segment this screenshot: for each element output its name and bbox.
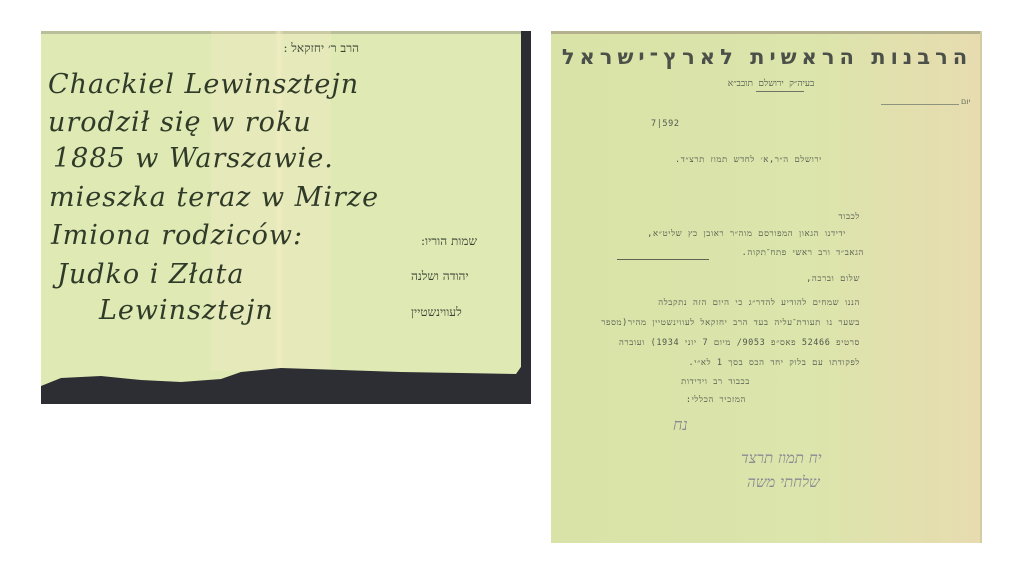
reference-number: 7|592 — [651, 119, 680, 129]
body-line-2: בשער נו תעודת־עליה בעד הרב יחזקאל לעווינ… — [601, 317, 860, 328]
typed-letter: הרבנות הראשית לארץ־ישראל בעיה״ק ירושלם ת… — [551, 31, 982, 543]
note-line-2: urodził się w roku — [48, 107, 312, 138]
date-label: יום — [961, 97, 970, 106]
subtitle-underline — [756, 91, 804, 92]
torn-bottom-edge — [41, 364, 531, 404]
note-line-3: 1885 w Warszawie. — [53, 143, 334, 174]
handwritten-note: הרב ר׳ יחזקאל : Chackiel Lewinsztejn uro… — [41, 31, 531, 404]
addressee-underline — [617, 259, 709, 260]
pencil-note-3: שלחתי משה — [747, 473, 820, 492]
note-line-7: Lewinsztejn — [99, 295, 274, 326]
scan-background-edge — [521, 31, 531, 404]
pencil-note-2: יח תמוז תרצד — [741, 449, 822, 468]
body-line-1: הננו שמחים להודיע להדר״ג כי היום הזה נתק… — [658, 297, 860, 308]
addressee-line-2: הגאב״ד ורב ראשי פתח־תקוה. — [742, 247, 864, 258]
hebrew-annotation-6: יהודה ושלנה — [411, 269, 469, 284]
salutation-label: לכבוד — [839, 211, 861, 222]
hebrew-annotation-5: שמות הוריו: — [421, 234, 477, 249]
date-line: ירושלם ה״ר,א׳ לחדש תמוז תרצ״ד. — [675, 154, 822, 165]
body-line-4: לפקודתו עם בלוק יחד הכס בסך 1 לא״י. — [689, 357, 860, 368]
note-line-1: Chackiel Lewinsztejn — [48, 69, 359, 100]
note-line-4: mieszka teraz w Mirze — [49, 182, 379, 213]
note-line-5: Imiona rodziców: — [51, 220, 303, 251]
paper-right-edge — [980, 31, 982, 543]
hebrew-annotation-7: לעווינשטיין — [411, 305, 462, 320]
addressee-line-1: ידידנו הגאון המפורסם מוה״ר ראובן כץ שליט… — [647, 228, 846, 239]
hebrew-header: הרב ר׳ יחזקאל : — [283, 41, 359, 56]
pencil-note-1: נח — [673, 415, 688, 435]
note-line-6: Judko i Złata — [57, 259, 244, 290]
body-line-3: סרטיפ 52466 פאס״פ 9053/ מיום 7 יוני 1934… — [619, 337, 860, 348]
signature-label: המזכיר הכללי: — [686, 394, 746, 405]
date-blank-line — [881, 104, 959, 105]
paper-edge — [551, 31, 982, 34]
letterhead-subtitle: בעיה״ק ירושלם תובב״א — [681, 78, 861, 89]
greeting: שלום וברכה, — [806, 273, 860, 284]
letterhead-title: הרבנות הראשית לארץ־ישראל — [561, 45, 973, 69]
closing: בכבוד רב וידידות — [681, 376, 750, 387]
